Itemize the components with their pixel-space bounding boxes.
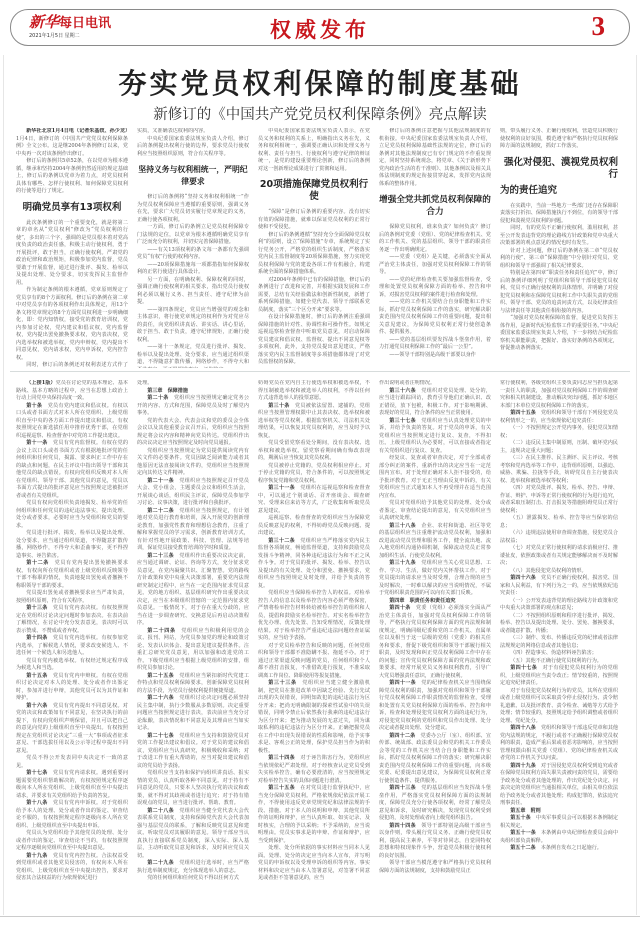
paragraph: 处理、处分所依据的事实材料应当同本人见面。处理、处分的决定应当向本人宣布，并写明… (258, 845, 370, 883)
paragraph: （五）泄露揭发、检举、控告等应当保密的信息； (500, 515, 618, 530)
regulation-column-2: 处理。第三章 保障措施第二十条 党组织应当按照规定确定党务公开的内容、方式和范围… (137, 380, 249, 915)
article-column-1: 新华社北京1月4日电（记者朱基钗、孙少龙）1月4日，新修订的《中国共产党党员权利… (16, 128, 128, 368)
article-clause: 第四十三条 党的基层组织应当发挥战斗堡垒作用，严格落实党员权利保障方面的法规制度… (379, 785, 491, 823)
article-clause: 第四十七条 对于有侵犯党员权利行为的党组织，上级党组织应当责令改正；情节较重的，… (500, 665, 618, 688)
paragraph: 处理。 (137, 380, 249, 388)
paragraph: 同时，有的党员不正确行使权利，滥用权利，甚至公开发表违背党的理论路线方针政策和党… (500, 225, 618, 248)
clause-number: 第二十一条 (147, 478, 179, 484)
paragraph: 党员认为党组织给予其他党员的处理、处分或者作出的鉴定、审查结论不当的，有权按照规… (16, 830, 128, 853)
paragraph: 党组织应当保障检举控告人的权益。对检举控告人的信息以及检举控告内容必须严格保密，… (258, 590, 370, 643)
paragraph: 修订后的条例遵循“坚持充分全面保障党员权利”的原则，设立“保障措施”专章，系统规… (258, 232, 370, 277)
paragraph: ——党的纪律检查机关要加强监督检查，受理和处置党员权利保障方面的检举、控告和申诉… (379, 277, 491, 300)
article-clause: 第三十条 党员被依法留置、逮捕的，党组织应当按照管理权限中止其表决权、选举权和被… (258, 403, 370, 441)
paragraph: 党组织应当支持和保护向组织讲真话、报实情的党员，认真听取各种不同意见。对于持有不… (137, 770, 249, 808)
article-clause: 第五十条 中央军事委员会可以根据本条例制定相关规定。 (500, 815, 618, 830)
clause-number: 第四十七条 (510, 665, 542, 671)
article-headline: 夯实党员权利保障的制度基础 (0, 62, 640, 102)
paragraph: “加强对党员权利保障的监督，促进党员发挥主体作用，是新时代纪检监察工作的重要任务… (500, 315, 618, 353)
clause-number: 第四十四条 (389, 823, 421, 829)
paragraph: （一）公开发表违背党的理论路线方针政策和党中央重大决策部署的观点和意见； (500, 598, 618, 613)
article-clause: 第十三条 党员有党内表决权。有权按照规定在党组织讨论决定问题时参加表决。在表决前… (16, 605, 128, 635)
clause-number: 第四十六条 (510, 575, 541, 581)
clause-number: 第四十一条 (389, 680, 421, 686)
article-clause: 第三十二条 党组织应当严格落实党内民主监督各项制度，畅通监督渠道，支持和鼓励党员… (258, 538, 370, 591)
clause-number: 第二十八条 (147, 808, 179, 814)
page-number: 3 (592, 11, 606, 42)
paragraph: 修订后的条例共5章52条，在以党章为根本遵循，继承和坚持2004年条例仍然适用的… (16, 158, 128, 196)
paragraph: ——党的基层组织要发挥战斗堡垒作用，着力打通党员权利保障工作的“最后一公里”。 (379, 337, 491, 352)
clause-number: 第三十七条 (389, 418, 421, 424)
paragraph: 此次条例修订的一个重要变化，就是将第二章的章名从“党员权利”修改为“党员权利的行… (16, 220, 128, 288)
article-clause: 第十条 党员有党内建议和倡议权。有权以口头或者书面方式对本人所在党组织、上级党组… (16, 403, 128, 441)
paragraph: 党员进行批评、揭发、检举以及提出处理、处分要求，应当通过组织渠道，不得随意扩散传… (16, 530, 128, 560)
clause-number: 第三十九条 (389, 560, 421, 566)
clause-number: 第三十四条 (268, 755, 300, 761)
article-clause: 第五十一条 本条例由中央纪律检查委员会商中央组织部负责解释。 (500, 830, 618, 845)
left-page-edge (3, 55, 4, 915)
clause-number: 第四十三条 (389, 785, 421, 791)
paragraph: （三）在民主推荐、民主测评、民主评议、考核考察和党内选举等工作中，违背组织原则，… (500, 455, 618, 485)
article-clause: 第三十八条 企业、农村和街道、社区等党的基层组织应当注重维护流动党员权利，加强和… (379, 523, 491, 561)
paragraph: 修订后的条例将“坚持义务和权利相统一”作为党员权利保障应当遵循的重要原则，强调义… (137, 194, 249, 224)
paragraph: （五）其他不正确行使党员权利的行为。 (500, 658, 618, 666)
clause-number: 第二十七条 (147, 733, 179, 739)
clause-number: 第十条 (26, 403, 48, 409)
paragraph: 则，带头履行义务、正确行使权利，营造党员积极行使权利的良好氛围，模范遵守和严格执… (500, 128, 618, 151)
paragraph: 巡视巡察、检查督查的党组织应当为保障党员反映意见的权利，不得妨碍党员反映问题、提… (258, 515, 370, 538)
paragraph: 中央纪委国家监委法规室负责人表示，在党员义务和权利的关系上，明确指出义务在先，义… (258, 128, 370, 173)
article-clause: 第四十八条 党组织和领导干部违反党章和其他党内法规的规定，不履行或者不正确履行保… (500, 725, 618, 763)
clause-number: 第十九条 (26, 853, 53, 859)
paragraph: ——第四条规定，党员应当增强党的观念和主体意识，将行使党章规定的权利作为对党应尽… (137, 307, 249, 345)
paragraph: 在实践中，当前一些地方一些部门还存在保障职责落实打折扣、保障措施执行不到位，有的… (500, 203, 618, 226)
chapter-heading: 第三章 保障措施 (137, 388, 249, 396)
paragraph: （八）其他侵犯党员权利的情形。 (500, 568, 618, 576)
paragraph: （六）违规违法使用审查调查措施，侵犯党员合法权益； (500, 530, 618, 545)
paragraph: （二）不按照组织原则和程序进行批评，揭发、检举、控告以及提出处理、处分、罢免、撤… (500, 613, 618, 636)
paragraph: 妨碍党员在党内自主行使选举权和被选举权，不得压制被选举权和被选举人的权利，不得以… (258, 380, 370, 403)
article-clause: 第十五条 党员有党内申辩权。有权在党组织讨论决定对本人的处理、处分或者作出鉴定时… (16, 673, 128, 703)
clause-number: 第十八条 (26, 800, 53, 806)
clause-number: 第三十六条 (389, 388, 421, 394)
clause-number: 第二十二条 (147, 508, 179, 514)
clause-number: 第十五条 (26, 673, 53, 679)
right-page-edge (636, 55, 637, 915)
masthead: 新华每日电讯 2021年1月5日 星期二 权威发布 3 (10, 9, 630, 46)
article-clause: 第四十五条 党组织和领导干部有下列侵犯党员权利情形之一的，应当依规依纪追究责任： (500, 410, 618, 425)
paragraph: 党员提出罢免或者撤换要求应当严肃负责，按照组织原则，符合有关程序。 (16, 590, 128, 605)
article-clause: 第三十五条 在对党员进行监督执纪中，应当充分保障党员权利。严格依规依纪依法开展工… (258, 785, 370, 845)
paragraph: 实质，又准确表达权利的内容。 (137, 128, 249, 136)
paragraph: 修订后的条例注意把握与其他法规制度的有机衔接。中央纪委国家监委法规室负责人介绍，… (379, 128, 491, 188)
clause-number: 第十四条 (26, 635, 53, 641)
paragraph: 对2004年条例中已有的保障措施，修订后的条例进行了改进和完善，并根据实践发展和… (258, 277, 370, 315)
clause-number: 第二十条 (147, 395, 174, 401)
article-clause: 第二十一条 党组织应当按照规定召开党员大会、党小组会，主题委员会议和组织生活会，… (137, 478, 249, 508)
article-clause: 第三十七条 党组织应当认真处理党员的申诉，并给予负责的答复。对于党员的申诉，有关… (379, 418, 491, 456)
continuation-marker: （上接1版） (26, 380, 55, 386)
article-clause: 第三十九条 党组织应当关心党员思想、工作、学习、生活，做好党内关怀帮扶工作。对于… (379, 560, 491, 598)
paragraph: ——第十一条规定，党员进行批评、揭发、检举以及提出处理、处分要求，应当通过组织渠… (137, 344, 249, 368)
paragraph: 中央纪委国家监委法规室负责人介绍，修订后的条例提出权利行使的边界，要求党员行使权… (137, 136, 249, 159)
article-clause: 第十九条 党员有党内控告权。合法权益受到党组织或者其他党员侵害的，有权向本人所在… (16, 853, 128, 883)
paragraph: ——领导干部特别是高级干部要以身作 (379, 352, 491, 360)
clause-number: 第三十三条 (268, 680, 302, 686)
article-clause: 第二十二条 党组织应当按照规定，有计划地对党员进行教育和培训，深入开展党的创新理… (137, 508, 249, 553)
bottom-rule (0, 916, 640, 917)
clause-number: 第五十一条 (510, 830, 541, 836)
paragraph: 党的代表大会、代表会议和党的委员会全体会议以及其他重要会议召开后，党组织应当按照… (137, 418, 249, 448)
paragraph: （一）不按照规定公开党内事务，侵犯党员知情权； (500, 425, 618, 440)
article-clause: 第二十五条 党组织应当紧扣新时代党建工作特点和党员权利保障要求，创新保障党员权利… (137, 673, 249, 696)
clause-number: 第二十六条 (147, 695, 179, 701)
clause-number: 第四十九条 (510, 763, 541, 769)
article-clause: 第四十条 党委（党组）必须落实全面从严治党主体责任，加强对党员权利保障工作的领导… (379, 605, 491, 680)
section-heading: 明确党员享有13项权利 (16, 202, 128, 214)
article-clause: 第四十二条 党委办公厅（室）、组织部、宣传部、统战部、政法委员会和党的机关工作委… (379, 733, 491, 786)
clause-number: 第三十条 (268, 403, 295, 409)
clause-number: 第二十九条 (147, 860, 179, 866)
paragraph: 在设计保障措施时，修订后的条例注重强调保障措施的针对性、协调性和可操作性。如规定… (258, 314, 370, 367)
paragraph: 党员不得公开发表同中央决定不一致的意见。 (16, 755, 128, 770)
paragraph: ——党的工作机关要结合自身职能和工作实际，抓好党员权利保障工作的落实，研究解决职… (379, 299, 491, 337)
article-column-5: 则，带头履行义务、正确行使权利，营造党员积极行使权利的良好氛围，模范遵守和严格执… (500, 128, 618, 368)
section-heading: 20项措施保障党员权利行使 (258, 179, 370, 203)
section-title: 权威发布 (11, 14, 629, 44)
paragraph: “保障”是修订后条例的重要内容。没有切实有效的保障措施，就难以保证党员权利的正常… (258, 209, 370, 232)
clause-number: 第二十四条 (147, 628, 181, 634)
article-clause: 第十六条 党员有党内提出不同意见权。对党的决议和政策如有不同意见，在坚决执行的前… (16, 703, 128, 756)
paragraph: 党员有权向党组织负责地揭发、检举党的任何组织和任何党员的违纪违法事实，提出处理、… (16, 500, 128, 530)
paragraph: （三）制作、发布、传播违反党的纪律或者法律法规规定的网络信息或者其他信息； (500, 635, 618, 650)
article-clause: 第五十二条 本条例自发布之日起施行。 (500, 845, 618, 853)
clause-number: 第三十二条 (268, 538, 300, 544)
paragraph: 常行使权利，各级党组织主要负责同志应当担负起第一责任人的职责，加强对党员权利保障… (500, 380, 618, 410)
clause-number: 第五十条 (510, 815, 536, 821)
article-clause: 第二十八条 党组织应当健全党代表大会代表联系党员制度，支持和保障党代表大会代表加… (137, 808, 249, 861)
paragraph: 一方面，修订后的条例立足党员权利保障专门法规的定位，以党章为根本遵循明确党员享有… (137, 224, 249, 247)
clause-number: 第四十五条 (510, 410, 541, 416)
article-clause: 第二十七条 党组织应当支持和鼓励党员对党的工作提出建议和倡议。对于党员的建议和倡… (137, 733, 249, 771)
clause-number: 第三十五条 (268, 785, 300, 791)
paragraph: 另一方面，在明确权利、保障权利的同时，强调正确行使权利的相关要求，指出党员行使权… (137, 277, 249, 307)
article-clause: 第二十六条 党组织讨论决定问题必须坚持民主集中制，执行少数服从多数原则。决定重要… (137, 695, 249, 733)
clause-number: 第十七条 (26, 770, 53, 776)
article-clause: 第二十九条 党组织进行选举时，应当严格执行选举制度规定，充分体现选举人的意志。 (137, 860, 249, 875)
section-heading-continued: 为的责任追究 (500, 185, 618, 197)
paragraph: ——有关13项权利的条文每一条都有先强调党员“有权”行使的权利内容。 (137, 247, 249, 262)
paragraph: 同时，修订后的条例还对权利表述方式作了创新，具体到每项权利，都采用“权利名称+权… (16, 362, 128, 368)
article-clause: 第二十四条 党组织应当积极利用党的会议、报刊、网站，为党员参加党的理论和政策讨论… (137, 628, 249, 673)
article-clause: 第三十六条 党组织对党员处理、处分的，应当进行跟踪回访，教育引导他们正确认识、改… (379, 388, 491, 418)
section-heading: 增强全党共抓党员权利保障的合力 (379, 194, 491, 218)
paragraph: 作为制定条例的根本遵循，党章原则规定了党员享有的8个方面权利。修订后的条例在第二… (16, 287, 128, 362)
article-column-4: 修订后的条例注意把握与其他法规制度的有机衔接。中央纪委国家监委法规室负责人介绍，… (379, 128, 491, 368)
article-clause: 第十八条 党员有党内申诉权。对于党组织给予本人的处理、处分或者作出的鉴定、审查结… (16, 800, 128, 830)
regulation-column-1: （上接1版）党员在讨论党的基本理论、基本路线、基本方略的过程中，应当在思想上政治… (16, 380, 128, 915)
paragraph: 经复议、复查或者审查决定，对于全部或者部分纠正的案件，重新作出的决定应当在一定范… (379, 455, 491, 500)
clause-number: 第十三条 (26, 605, 53, 611)
article-clause: 第十二条 党员有党内提出罢免撤换要求权。有权向所在党组织或者上级党组织反映领导干… (16, 560, 128, 590)
paragraph: 对于党员检举控告和反映的问题，任何党组织和领导干部都不准隐瞒不报、拖延不办。对于… (258, 643, 370, 681)
clause-number: 第四十八条 (510, 725, 541, 731)
article-clause: 第四十四条 领导干部特别是高级干部应当以身作则，带头履行党员义务、正确行使党员权… (379, 823, 491, 861)
paragraph: （七）对党员正常行使权利的请求消极应付、推诿扯皮，依照政策或者有关规定能够解决而… (500, 545, 618, 568)
article-clause: 第二十条 党组织应当按照规定确定党务公开的内容、方式和范围，保障党员及时了解党内… (137, 395, 249, 418)
section-heading: 坚持义务与权利相统一，严明纪律要求 (137, 164, 249, 188)
article-clause: 第二十三条 党组织作出重要决议决定前，应当通过调研、论证、咨询等方式，充分征求党… (137, 553, 249, 628)
article-column-2: 实质，又准确表达权利的内容。 中央纪委国家监委法规室负责人介绍，修订后的条例提出… (137, 128, 249, 368)
clause-number: 第十一条 (26, 440, 53, 446)
article-clause: 第三十四条 对于诬告陷害行为，党组织应当依规依纪严肃处理。对于经核查认定党员受到… (258, 755, 370, 785)
paragraph: 作出说明或者注明情况。 (379, 380, 491, 388)
clause-number: 第三十八条 (389, 523, 421, 529)
article-clause: 第十四条 党员有党内选举权。有权参加党内选举，了解候选人情况，要求改变候选人、不… (16, 635, 128, 658)
clause-number: 第二十五条 (147, 673, 179, 679)
article-clause: 第四十六条 党员不正确行使权利，损害党、国家和人民利益，有下列行为之一的，应当依… (500, 575, 618, 598)
clause-number: 第二十三条 (147, 553, 179, 559)
chapter-heading: 第四章 职责任务和责任追究 (379, 598, 491, 606)
article-clause: 第十一条 党员有党内监督权。有权在党的会议上以口头或者书面方式有根据地批评党的任… (16, 440, 128, 500)
regulation-column-5: 常行使权利，各级党组织主要负责同志应当担负起第一责任人的职责，加强对党员权利保障… (500, 380, 618, 915)
paragraph: ——20项保障措施每一项都措指如何保障权利的正常行使进行具体设计。 (137, 262, 249, 277)
regulation-column-4: 作出说明或者注明情况。第三十六条 党组织对党员处理、处分的，应当进行跟踪回访，教… (379, 380, 491, 915)
paragraph: （上接1版）党员在讨论党的基本理论、基本路线、基本方略的过程中，应当在思想上政治… (16, 380, 128, 403)
dateline: 新华社北京1月4日电（记者朱基钗、孙少龙） (26, 128, 128, 134)
paragraph: 党员有党内被选举权。有权经过规定程序成为候选人和当选。 (16, 658, 128, 673)
article-clause: 第四十一条 党的纪律检查机关应当围绕保障党员权利的职责，加强对党组织和领导干部履… (379, 680, 491, 733)
paragraph: （四）对党员批评、揭发、检举、控告、申辩、作证、辩护、申诉等正常行使权利的行为进… (500, 485, 618, 515)
chapter-heading: 第五章 附则 (500, 808, 618, 816)
article-clause: 第四十九条 对于因侵犯党员权利受到追究或者在保障党员权利方面失职失责被问责的党员… (500, 763, 618, 808)
paragraph: （四）捏造事实、伪造材料诬告陷害； (500, 650, 618, 658)
paragraph: 党员受留党察看处分期间，没有表决权、选举权和被选举权。留党察看期间确有悔改表现的… (258, 440, 370, 463)
paragraph: 党员对党组织给予其他党员的处理、处分或者鉴定、审查结论提出的意见，有关党组织应当… (379, 500, 491, 523)
article-subheadline: 新修订的《中国共产党党员权利保障条例》亮点解读 (0, 103, 640, 124)
section-divider (10, 371, 630, 372)
paragraph: 党组织应当按照规定为党员提供阅读党内有关文件的必要条件。党员因缺乏阅读能力或者其… (137, 448, 249, 478)
article-clause: 第三十三条 党组织应当建立健全激励机制，把党员在推进改革中因缺乏经验、先行先试出… (258, 680, 370, 755)
clause-number: 第四十条 (389, 605, 416, 611)
article-clause: 第十七条 党员有党内请求权。遇到重要问题需要党组织帮助解决的，有权按照规定程序逐… (16, 770, 128, 800)
paragraph: 保障党员权利，谁来负责？如何负责？修订后的条例对党委（党组）、党的纪律检查机关、… (379, 224, 491, 254)
paragraph: 党员被停止党籍的，党员权利相应停止。对于停止党籍的党员，符合条件的，可以按照规定… (258, 463, 370, 486)
paragraph: 对于有侵犯党员权利行为的党员，其所在党组织或者上级党组织可以采取责令停止侵权行为… (500, 688, 618, 726)
paragraph: （二）违反民主集中制原则，压制、破坏党内民主，违规决定重大问题； (500, 440, 618, 455)
paragraph: 党的任何组织和任何党员不得以任何方式 (137, 875, 249, 883)
section-heading: 强化对侵犯、漠视党员权利行 (500, 157, 618, 181)
clause-number: 第五十二条 (510, 845, 541, 851)
paragraph: ——党委（党组）是关键，必须落实全面从严治党主体责任，加强对党员权利保障工作的领… (379, 254, 491, 277)
paragraph: 1月4日，新修订的《中国共产党党员权利保障条例》全文公布。这是继2004年条例修… (16, 136, 128, 157)
clause-number: 第四十二条 (389, 733, 420, 739)
clause-number: 第三十一条 (268, 485, 300, 491)
clause-number: 第十二条 (26, 560, 54, 566)
clause-number: 第十六条 (26, 703, 53, 709)
paragraph: 领导干部应当模范遵守和严格执行党员权利保障方面的法规制度，支持和鼓励党员正 (379, 860, 491, 875)
regulation-column-3: 妨碍党员在党内自主行使选举权和被选举权，不得压制被选举权和被选举人的权利，不得以… (258, 380, 370, 915)
article-clause: 第三十一条 党组织在巡视巡察和检查督查中，可以通过个别谈话、召开座谈会、调查研究… (258, 485, 370, 515)
article-column-3: 中央纪委国家监委法规室负责人表示，在党员义务和权利的关系上，明确指出义务在先，义… (258, 128, 370, 368)
paragraph: 特别是在第四章“职责任务和责任追究”中，修订后的条例详细列明了党组织和领导干部侵… (500, 270, 618, 315)
paragraph: 针对上述问题，修订后的条例在第二章“党员权利的行使”、第三章“保障措施”中分别针… (500, 248, 618, 271)
